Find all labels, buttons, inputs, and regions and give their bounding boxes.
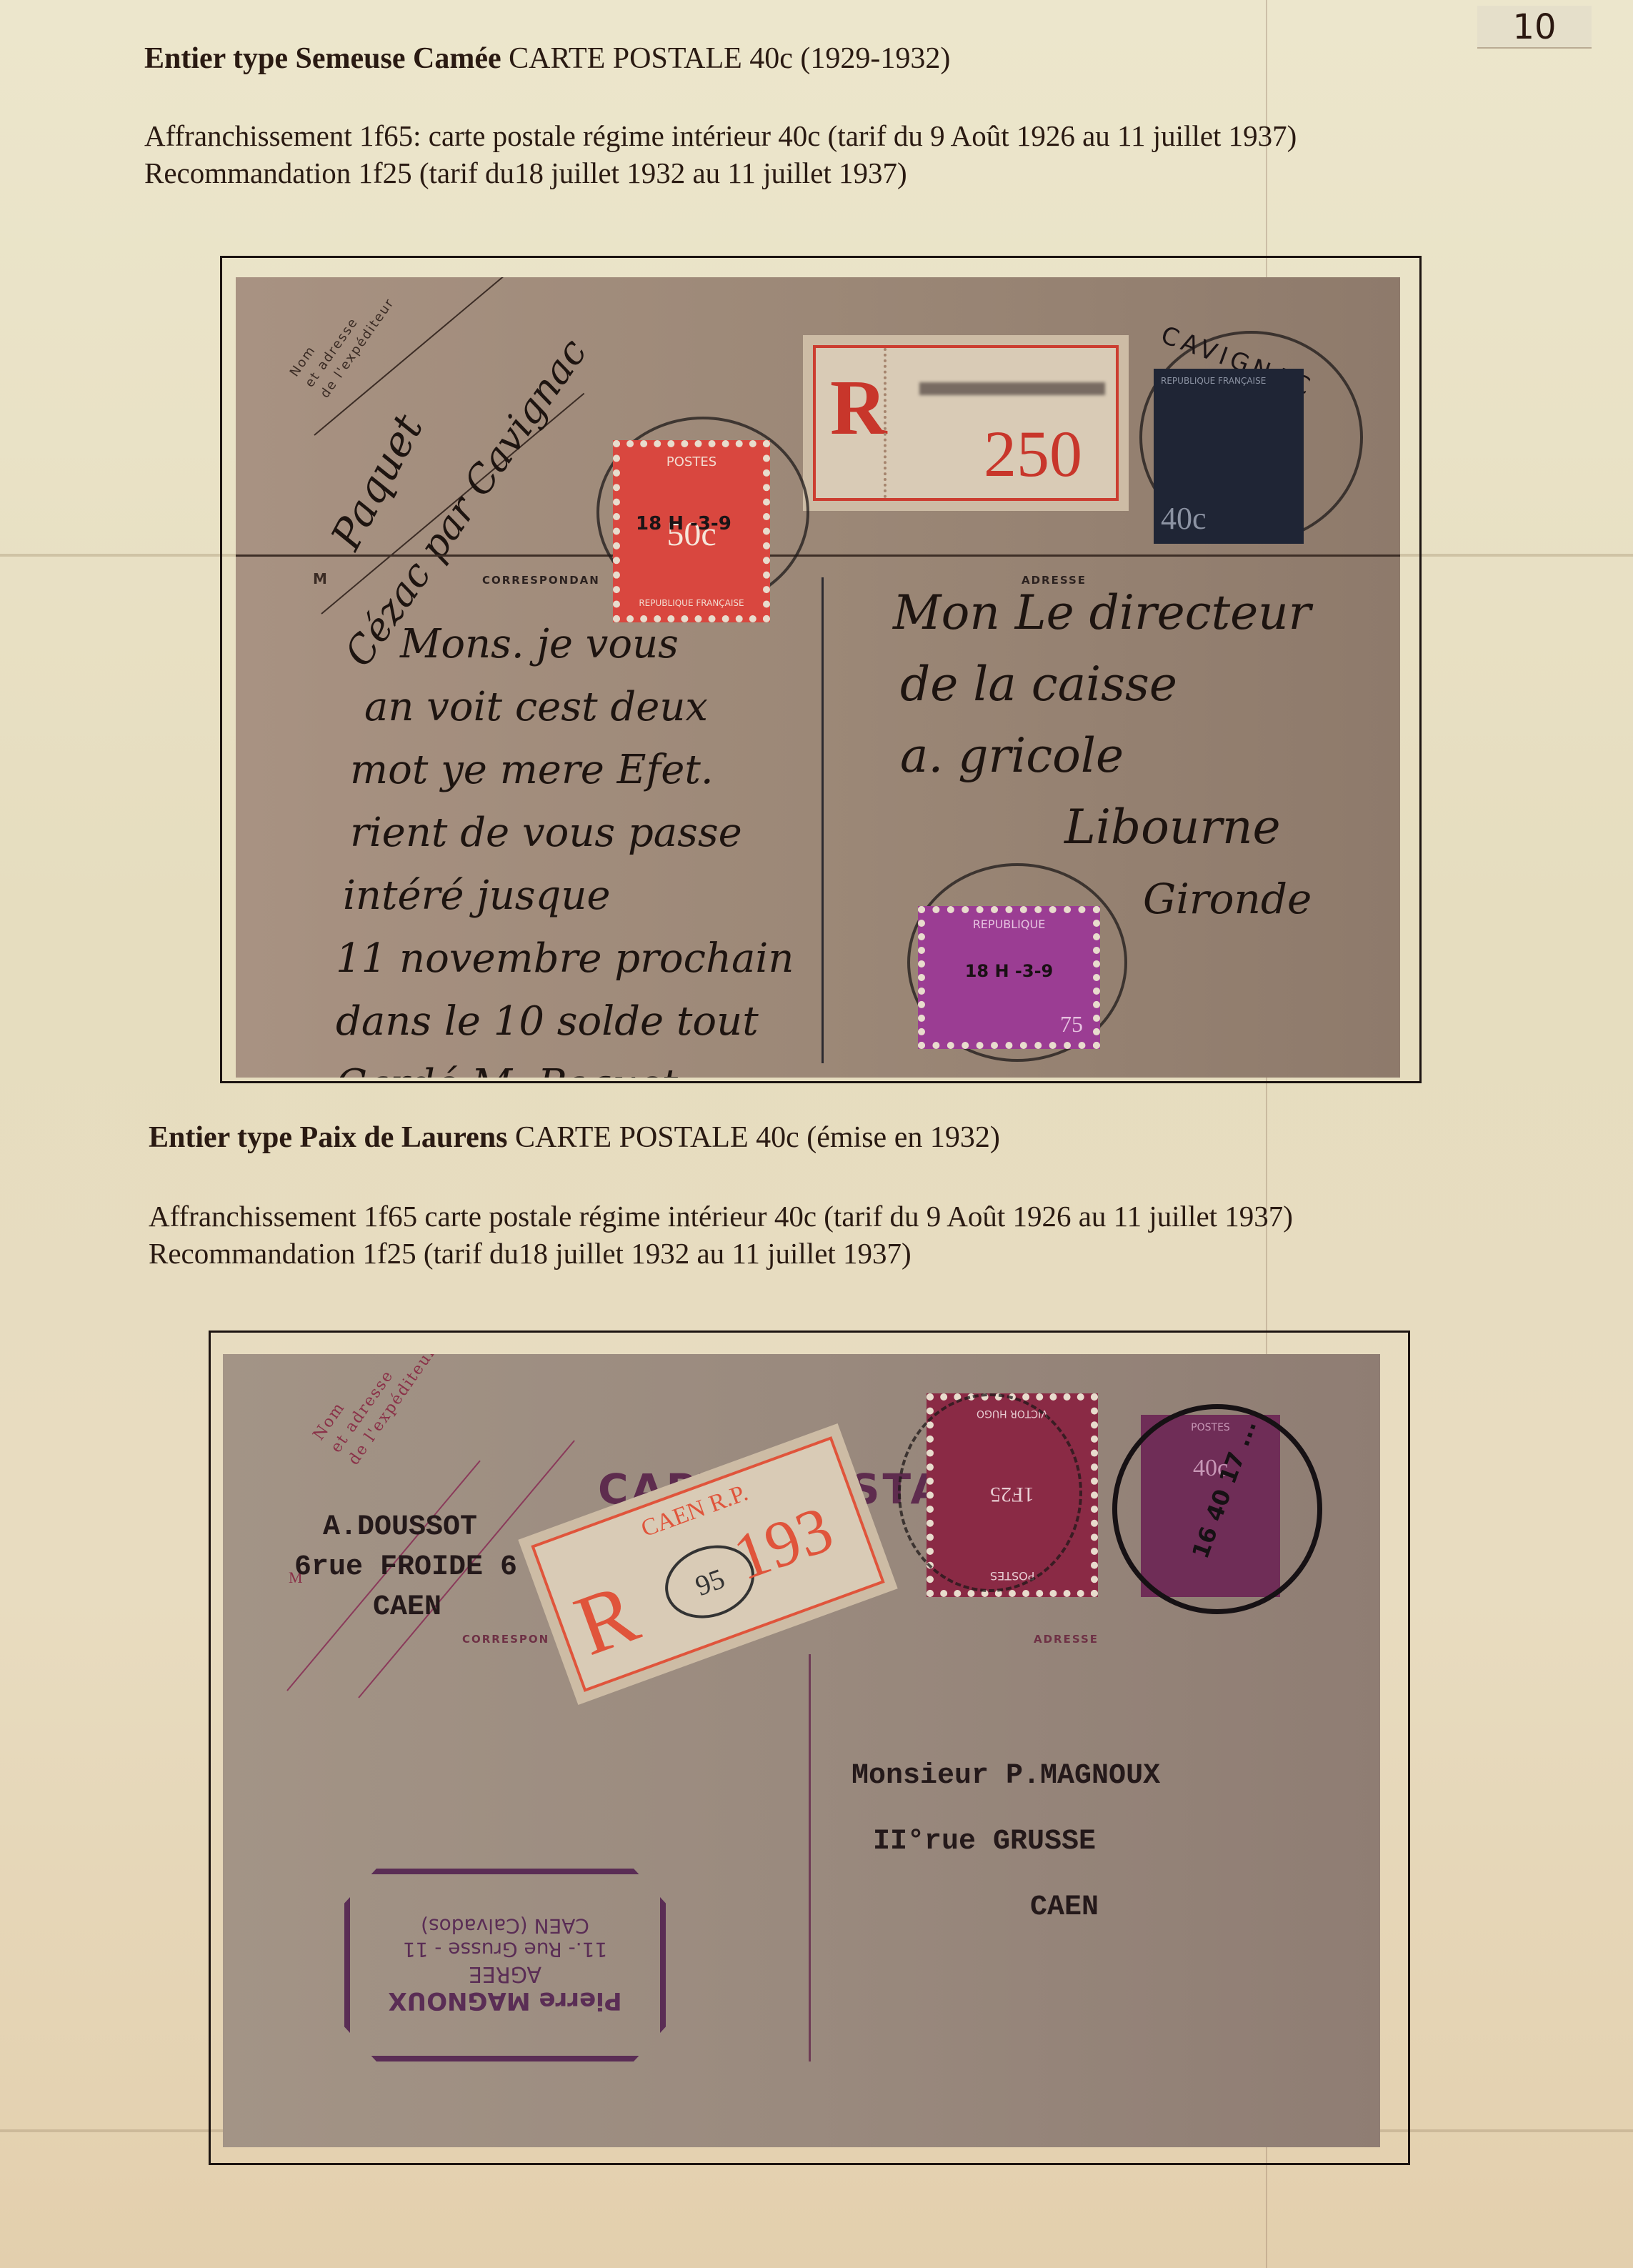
recipient-line: Monsieur P.MAGNOUX [852,1744,1160,1809]
recipient-line: II°rue GRUSSE [873,1809,1160,1875]
address-line: a. gricole [900,720,1312,792]
stamp-bottom-text: REPUBLIQUE FRANÇAISE [639,598,744,608]
stamp-value: 40c [1161,500,1297,537]
section2-registration-line: Recommandation 1f25 (tarif du18 juillet … [149,1235,1293,1272]
rubber-stamp-line: 11.- Rue Grusse - 11 [403,1939,608,1962]
section1-heading: Entier type Semeuse Camée CARTE POSTALE … [144,41,950,76]
section2-heading-rest: CARTE POSTALE 40c (émise en 1932) [507,1121,999,1154]
correspondance-label: CORRESPONDAN [482,574,600,587]
registration-label: R 250 [813,345,1119,501]
handwritten-message: Mons. je vous an voit cest deux mot ye m… [336,613,794,1078]
message-line: 11 novembre prochain [336,927,794,990]
section2-heading-bold: Entier type Paix de Laurens [149,1121,507,1154]
message-line: intéré jusque [343,865,794,927]
rubber-stamp-line: Pierre MAGNOUX [388,1987,621,2016]
section1-registration-line: Recommandation 1f25 (tarif du18 juillet … [144,154,1297,192]
message-line: mot ye mere Efet. [350,739,794,802]
address-line: de la caisse [900,649,1312,720]
sender-line-text: 6rue FROIDE 6 [294,1548,517,1588]
page-number: 10 [1477,6,1592,49]
registration-letter: R [830,362,887,453]
postmark-date: 18 H -3-9 [636,513,731,534]
rubber-stamp-line: AGREE [469,1962,541,1987]
registration-number: 250 [984,416,1082,492]
stamp-top-text: REPUBLIQUE [973,917,1046,931]
card-divider [809,1654,811,2061]
card-fold-line [236,554,1400,557]
postmark-caen [898,1393,1082,1592]
office-overprint [919,382,1105,395]
section1-heading-rest: CARTE POSTALE 40c (1929-1932) [501,42,951,75]
card-divider [822,577,824,1063]
stamp-value: 75 [1060,1011,1083,1038]
sender-prefix: M [313,570,329,587]
postcard-paix: Nom et adresse de l'expéditeur M A.DOUSS… [223,1354,1380,2147]
rubber-stamp-line: CAEN (Calvados) [421,1915,589,1939]
rubber-stamp-magnoux: Pierre MAGNOUX AGREE 11.- Rue Grusse - 1… [344,1869,666,2061]
message-line: dans le 10 solde tout [336,990,794,1053]
registration-letter: R [563,1563,650,1676]
sender-label: Nom et adresse de l'expéditeur [286,277,399,402]
message-line: an voit cest deux [364,676,794,739]
sender-typed-address: A.DOUSSOT 6rue FROIDE 6 CAEN [294,1508,517,1628]
section1-description: Affranchissement 1f65: carte postale rég… [144,117,1297,192]
adresse-label: ADRESSE [1034,1633,1099,1646]
sender-line-text: CAEN [373,1588,517,1628]
postcard-semeuse: Nom et adresse de l'expéditeur M Paquet … [236,277,1400,1078]
stamp-doumer-75: REPUBLIQUE 18 H -3-9 75 [918,906,1100,1049]
recipient-line: CAEN [1030,1875,1160,1941]
message-line: Cardé M. Paquet [336,1053,794,1078]
message-line: Mons. je vous [400,613,794,676]
label-perforation [884,348,887,498]
recipient-typed-address: Monsieur P.MAGNOUX II°rue GRUSSE CAEN [852,1744,1160,1941]
address-line: Gironde [1143,863,1312,935]
stamp-imprint-semeuse-40c: REPUBLIQUE FRANÇAISE 40c [1154,369,1304,544]
message-line: rient de vous passe [350,802,794,865]
section1-tariff-line: Affranchissement 1f65: carte postale rég… [144,117,1297,154]
section2-heading: Entier type Paix de Laurens CARTE POSTAL… [149,1120,1000,1155]
section2-tariff-line: Affranchissement 1f65 carte postale régi… [149,1198,1293,1235]
address-line: Libourne [1064,792,1312,863]
section1-heading-bold: Entier type Semeuse Camée [144,42,501,75]
sender-label: Nom et adresse de l'expéditeur [309,1354,442,1470]
sender-line-text: A.DOUSSOT [323,1508,517,1548]
postmark-date: 18 H -3-9 [965,961,1054,981]
section2-description: Affranchissement 1f65 carte postale régi… [149,1198,1293,1272]
correspondance-label: CORRESPON [462,1633,549,1646]
address-line: Mon Le directeur [893,577,1312,649]
stamp-top-text: POSTES [666,454,716,469]
stamp-top-text: REPUBLIQUE FRANÇAISE [1161,376,1297,386]
